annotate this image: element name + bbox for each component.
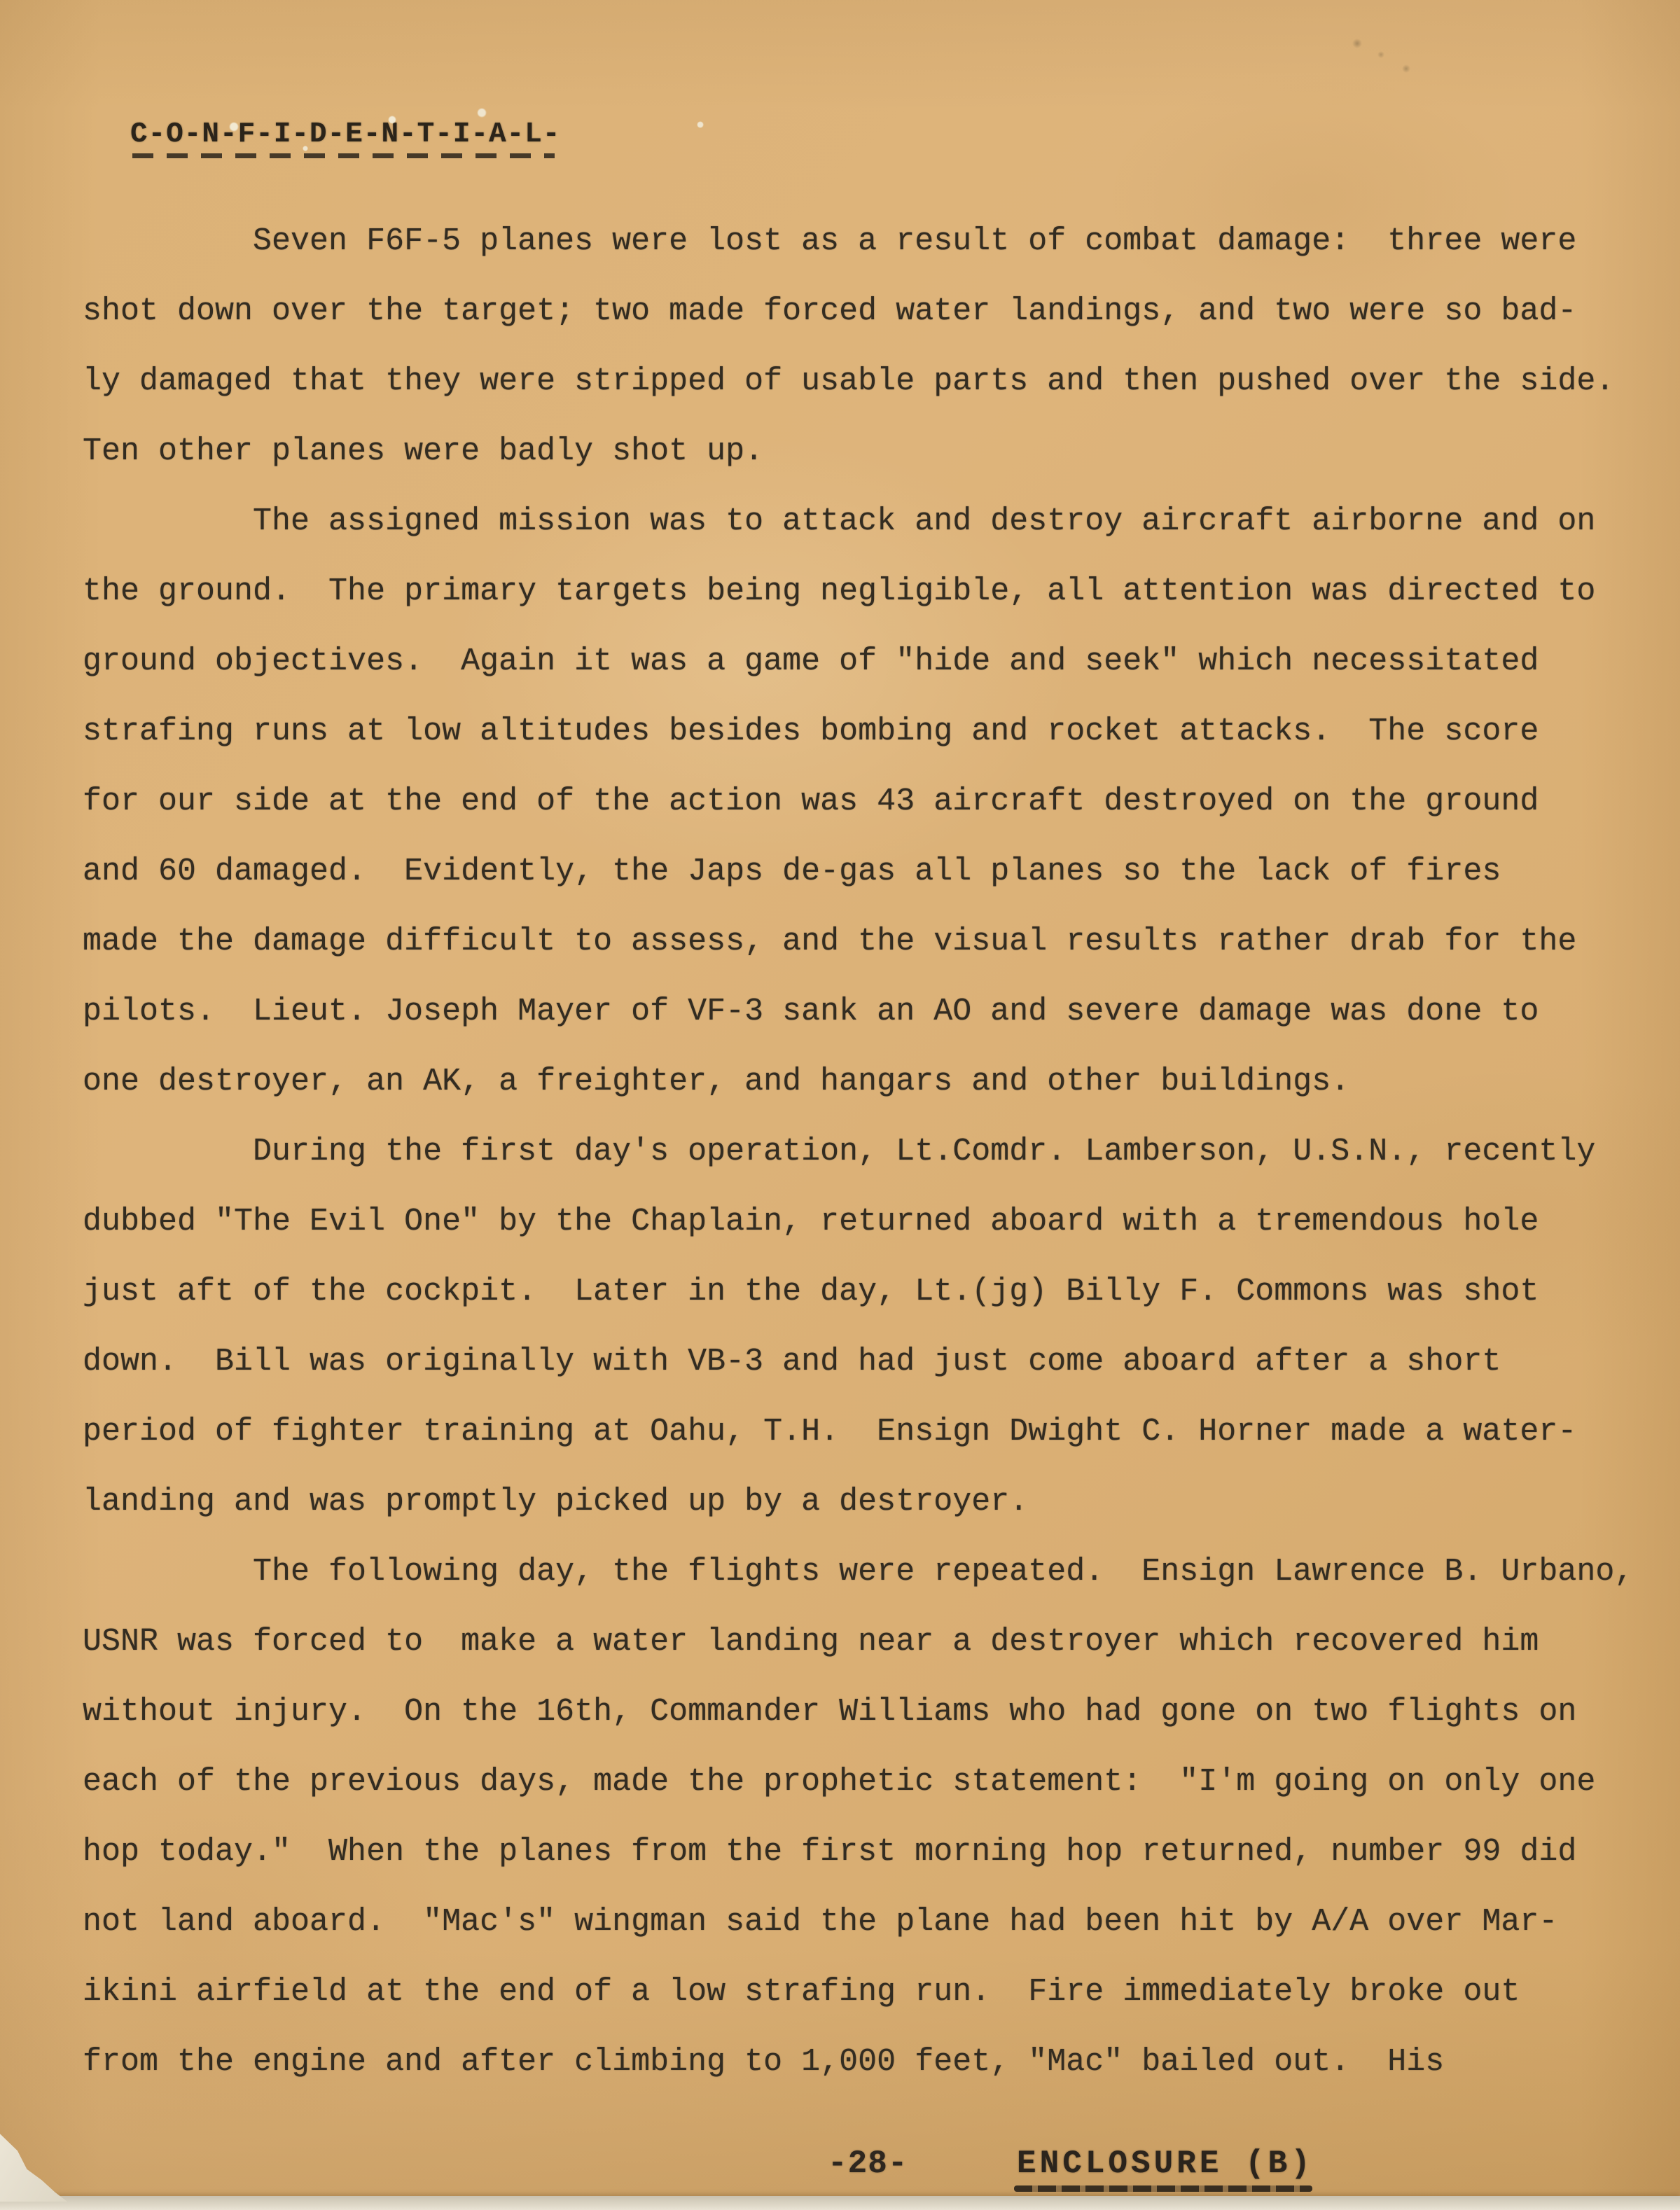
text-line: Ten other planes were badly shot up. bbox=[83, 417, 1637, 487]
text-line: The assigned mission was to attack and d… bbox=[83, 487, 1637, 557]
text-line: period of fighter training at Oahu, T.H.… bbox=[83, 1397, 1637, 1467]
text-line: pilots. Lieut. Joseph Mayer of VF-3 sank… bbox=[83, 977, 1637, 1047]
text-line: USNR was forced to make a water landing … bbox=[83, 1607, 1637, 1677]
scan-edge bbox=[0, 2196, 1680, 2210]
paragraph: Seven F6F-5 planes were lost as a result… bbox=[83, 207, 1637, 487]
page-footer: -28- ENCLOSURE (B) bbox=[0, 2129, 1680, 2199]
text-line: Seven F6F-5 planes were lost as a result… bbox=[83, 207, 1637, 277]
text-line: made the damage difficult to assess, and… bbox=[83, 907, 1637, 977]
text-line: for our side at the end of the action wa… bbox=[83, 767, 1637, 837]
text-line: without injury. On the 16th, Commander W… bbox=[83, 1677, 1637, 1747]
paragraph: The assigned mission was to attack and d… bbox=[83, 487, 1637, 1117]
text-line: ly damaged that they were stripped of us… bbox=[83, 347, 1637, 417]
text-line: ikini airfield at the end of a low straf… bbox=[83, 1957, 1637, 2027]
document-body: Seven F6F-5 planes were lost as a result… bbox=[83, 207, 1637, 2097]
text-line: hop today." When the planes from the fir… bbox=[83, 1817, 1637, 1887]
text-line: the ground. The primary targets being ne… bbox=[83, 557, 1637, 627]
enclosure-label: ENCLOSURE (B) bbox=[1017, 2129, 1314, 2199]
text-line: shot down over the target; two made forc… bbox=[83, 277, 1637, 347]
text-line: During the first day's operation, Lt.Com… bbox=[83, 1117, 1637, 1187]
text-line: landing and was promptly picked up by a … bbox=[83, 1467, 1637, 1537]
text-line: each of the previous days, made the prop… bbox=[83, 1747, 1637, 1817]
paragraph: During the first day's operation, Lt.Com… bbox=[83, 1117, 1637, 1537]
text-line: The following day, the flights were repe… bbox=[83, 1537, 1637, 1607]
text-line: ground objectives. Again it was a game o… bbox=[83, 627, 1637, 697]
text-line: and 60 damaged. Evidently, the Japs de-g… bbox=[83, 837, 1637, 907]
text-line: just aft of the cockpit. Later in the da… bbox=[83, 1257, 1637, 1327]
paragraph: The following day, the flights were repe… bbox=[83, 1537, 1637, 2097]
text-line: one destroyer, an AK, a freighter, and h… bbox=[83, 1047, 1637, 1117]
text-line: down. Bill was originally with VB-3 and … bbox=[83, 1327, 1637, 1397]
classification-banner: C-O-N-F-I-D-E-N-T-I-A-L- bbox=[130, 116, 561, 153]
text-line: dubbed "The Evil One" by the Chaplain, r… bbox=[83, 1187, 1637, 1257]
document-page: C-O-N-F-I-D-E-N-T-I-A-L- Seven F6F-5 pla… bbox=[0, 0, 1680, 2210]
text-line: not land aboard. "Mac's" wingman said th… bbox=[83, 1887, 1637, 1957]
text-line: from the engine and after climbing to 1,… bbox=[83, 2027, 1637, 2097]
page-number: -28- bbox=[828, 2129, 908, 2199]
text-line: strafing runs at low altitudes besides b… bbox=[83, 697, 1637, 767]
